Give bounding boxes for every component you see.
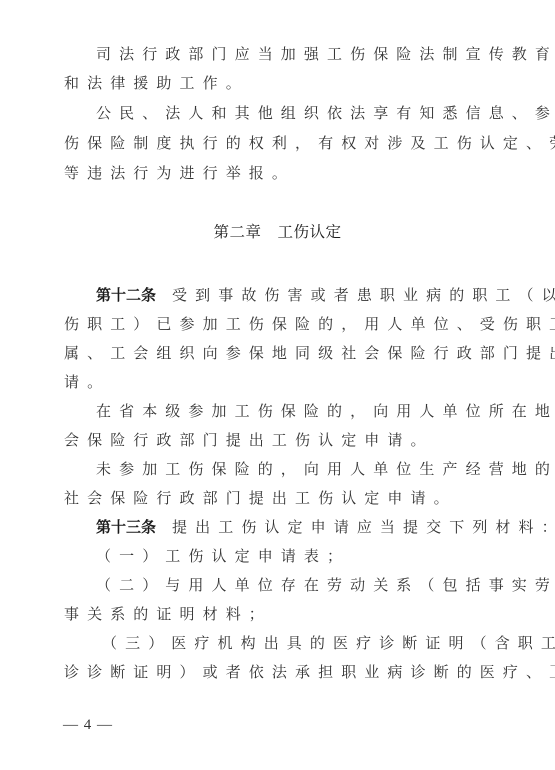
article-12-first-line: 第十二条受到事故伤害或者患职业病的职工（以下称受 — [64, 281, 504, 310]
list-item-line: 诊诊断证明）或者依法承担职业病诊断的医疗、卫生机构出具 — [64, 658, 504, 687]
article-13-first-line: 第十三条提出工伤认定申请应当提交下列材料： — [64, 513, 504, 542]
article-text: 受到事故伤害或者患职业病的职工（以下称受 — [172, 286, 555, 304]
chapter-number: 第二章 — [213, 223, 261, 241]
paragraph-line: 伤保险制度执行的权利，有权对涉及工伤认定、劳动能力鉴定 — [64, 129, 504, 158]
article-text: 提出工伤认定申请应当提交下列材料： — [172, 518, 555, 536]
list-item-line: （三）医疗机构出具的医疗诊断证明（含职工受伤害时的初 — [64, 629, 504, 658]
paragraph-line: 会保险行政部门提出工伤认定申请。 — [64, 426, 504, 455]
paragraph-line: 社会保险行政部门提出工伤认定申请。 — [64, 484, 504, 513]
list-item-line: 事关系的证明材料； — [64, 600, 504, 629]
list-item-line: （一）工伤认定申请表； — [64, 542, 504, 571]
paragraph-line: 公民、法人和其他组织依法享有知悉信息、参与及监督工 — [64, 99, 504, 128]
chapter-title: 工伤认定 — [278, 223, 342, 241]
article-13-label: 第十三条 — [96, 518, 156, 536]
top-section: 司法行政部门应当加强工伤保险法制宣传教育、法律服务 和法律援助工作。 公民、法人… — [64, 40, 504, 188]
page-number: — 4 — — [63, 714, 113, 736]
paragraph-line: 在省本级参加工伤保险的，向用人单位所在地市（州）社 — [64, 397, 504, 426]
paragraph-line: 等违法行为进行举报。 — [64, 159, 504, 188]
articles-section: 第十二条受到事故伤害或者患职业病的职工（以下称受 伤职工）已参加工伤保险的，用人… — [64, 281, 504, 687]
chapter-heading: 第二章工伤认定 — [0, 220, 555, 244]
paragraph-line: 伤职工）已参加工伤保险的，用人单位、受伤职工或者其近亲 — [64, 310, 504, 339]
article-12-label: 第十二条 — [96, 286, 156, 304]
paragraph-line: 请。 — [64, 368, 504, 397]
document-page: 司法行政部门应当加强工伤保险法制宣传教育、法律服务 和法律援助工作。 公民、法人… — [0, 0, 555, 770]
paragraph-line: 未参加工伤保险的，向用人单位生产经营地的县（市、区） — [64, 455, 504, 484]
paragraph-line: 司法行政部门应当加强工伤保险法制宣传教育、法律服务 — [64, 40, 504, 69]
paragraph-line: 属、工会组织向参保地同级社会保险行政部门提出工伤认定申 — [64, 339, 504, 368]
paragraph-line: 和法律援助工作。 — [64, 69, 504, 98]
list-item-line: （二）与用人单位存在劳动关系（包括事实劳动关系）、人 — [64, 571, 504, 600]
